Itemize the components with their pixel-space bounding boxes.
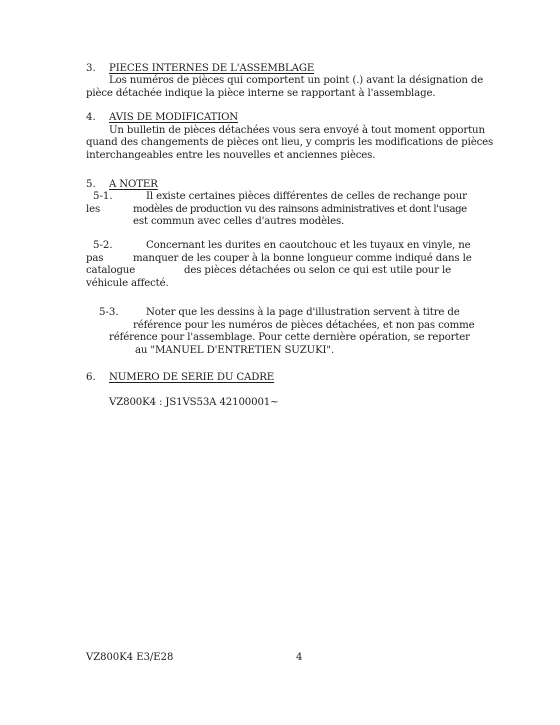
note-wrap-word: catalogue (86, 265, 135, 277)
note-line: est commun avec celles d'autres modèles. (133, 216, 344, 228)
document-page: 3. PIECES INTERNES DE L'ASSEMBLAGE Los n… (0, 0, 560, 725)
note-number: 5-1. (93, 191, 113, 203)
note-number: 5-3. (99, 307, 119, 319)
section-number: 5. (86, 179, 96, 191)
paragraph-line: interchangeables entre les nouvelles et … (86, 150, 375, 162)
page-number: 4 (296, 652, 302, 664)
note-line: modèles de production vu des rainsons ad… (133, 204, 467, 216)
section-title: PIECES INTERNES DE L'ASSEMBLAGE (109, 63, 314, 75)
section-title: NUMERO DE SERIE DU CADRE (109, 372, 274, 384)
section-title: AVIS DE MODIFICATION (109, 112, 238, 124)
section-number: 3. (86, 63, 96, 75)
paragraph-line: pièce détachée indique la pièce interne … (86, 88, 435, 100)
note-line: Noter que les dessins à la page d'illust… (146, 307, 460, 319)
note-number: 5-2. (93, 240, 113, 252)
note-line: référence pour l'assemblage. Pour cette … (109, 332, 470, 344)
paragraph-line: Un bulletin de pièces détachées vous ser… (109, 125, 485, 137)
note-line: manquer de les couper à la bonne longueu… (133, 253, 472, 265)
section-title: A NOTER (109, 179, 158, 191)
paragraph-line: quand des changements de pièces ont lieu… (86, 137, 493, 149)
note-line: Il existe certaines pièces différentes d… (146, 191, 467, 203)
note-line: véhicule affecté. (86, 278, 169, 290)
section-number: 4. (86, 112, 96, 124)
paragraph-line: Los numéros de pièces qui comportent un … (109, 75, 483, 87)
note-line: au "MANUEL D'ENTRETIEN SUZUKI". (135, 345, 334, 357)
note-wrap-word: les (86, 204, 100, 216)
note-line: Concernant les durites en caoutchouc et … (146, 240, 471, 252)
note-line: référence pour les numéros de pièces dét… (133, 320, 475, 332)
section-number: 6. (86, 372, 96, 384)
model-code: VZ800K4 E3/E28 (86, 652, 173, 664)
note-wrap-word: pas (86, 253, 103, 265)
frame-serial-number: VZ800K4 : JS1VS53A 42100001~ (109, 397, 279, 409)
note-line: des pièces détachées ou selon ce qui est… (184, 265, 451, 277)
